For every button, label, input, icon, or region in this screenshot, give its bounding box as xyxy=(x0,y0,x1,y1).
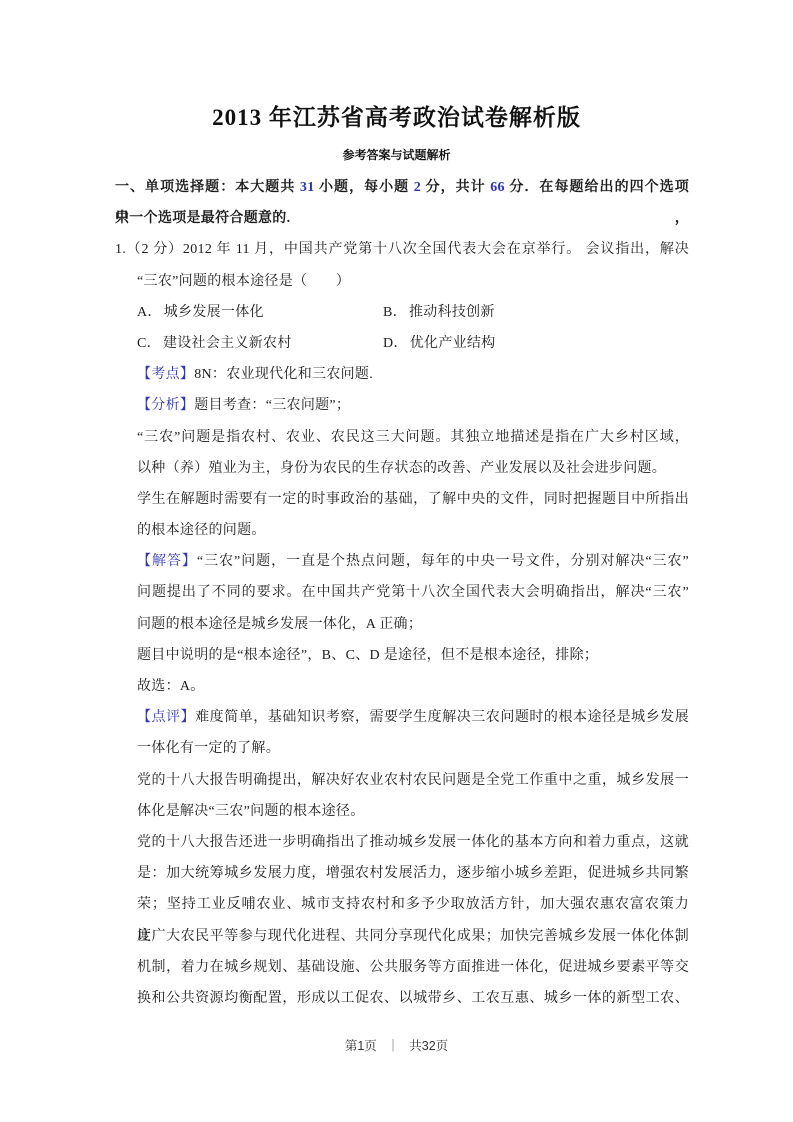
option-letter: C． xyxy=(137,336,161,351)
footer-page-number: 第1页 xyxy=(345,1039,377,1053)
text-segment: “三农”问题的根本途径是（ ） xyxy=(137,274,350,289)
text-segment: 小题，每小题 xyxy=(315,180,414,195)
document-body: 一、单项选择题：本大题共 31 小题，每小题 2 分，共计 66 分．在每题给出… xyxy=(0,172,793,1014)
answer-option-C: C．建设社会主义新农村 xyxy=(137,328,383,359)
text-segment: 故选：A。 xyxy=(137,679,205,694)
dianping-para2-line-2: 是：加大统筹城乡发展力度，增强农村发展活力，逐步缩小城乡差距，促进城乡共同繁 xyxy=(137,858,689,889)
question-1-stem-line-2: “三农”问题的根本途径是（ ） xyxy=(137,266,689,297)
text-segment: 机制，着力在城乡规划、基础设施、公共服务等方面推进一体化，促进城乡要素平等交 xyxy=(137,960,689,975)
dianping-para2-line-6: 换和公共资源均衡配置，形成以工促农、以城带乡、工农互惠、城乡一体的新型工农、 xyxy=(137,983,689,1014)
text-segment: 体化是解决“三农”问题的根本途径。 xyxy=(137,804,365,819)
fenxi-line: 【分析】题目考查：“三农问题”； xyxy=(137,390,689,421)
dianping-para1-line-2: 体化是解决“三农”问题的根本途径。 xyxy=(137,796,689,827)
option-letter: A． xyxy=(137,305,162,320)
text-segment: 分，共计 xyxy=(421,180,490,195)
text-segment: 以种（养）殖业为主，身份为农民的生存状态的改善、产业发展以及社会进步问题。 xyxy=(137,461,666,476)
option-letter: D． xyxy=(383,336,408,351)
highlighted-text: 【分析】 xyxy=(137,398,194,413)
highlighted-text: 66 xyxy=(490,180,505,195)
answer-option-A: A．城乡发展一体化 xyxy=(137,297,383,328)
text-segment: 只一个选项是最符合题意的. xyxy=(115,211,290,226)
page-title: 2013 年江苏省高考政治试卷解析版 xyxy=(0,100,793,136)
option-text: 推动科技创新 xyxy=(409,305,495,320)
answer-option-B: B．推动科技创新 xyxy=(383,297,689,328)
fenxi-para-line-1: “三农”问题是指农村、农业、农民这三大问题。其独立地描述是指在广大乡村区域， xyxy=(137,422,689,453)
text-segment: 1.（2 分）2012 年 11 月，中国共产党第十八次全国代表大会在京举行。 … xyxy=(115,242,689,257)
document-page: 2013 年江苏省高考政治试卷解析版 参考答案与试题解析 一、单项选择题：本大题… xyxy=(0,0,793,1122)
jieda-line-3: 问题的根本途径是城乡发展一体化，A 正确； xyxy=(137,609,689,640)
dianping-line-2: 一体化有一定的了解。 xyxy=(137,733,689,764)
highlighted-text: 【点评】 xyxy=(137,710,195,725)
highlighted-text: 31 xyxy=(300,180,315,195)
fenxi-para-line-3: 学生在解题时需要有一定的时事政治的基础，了解中央的文件，同时把握题目中所指出 xyxy=(137,484,689,515)
section-heading-line-1: 一、单项选择题：本大题共 31 小题，每小题 2 分，共计 66 分．在每题给出… xyxy=(115,172,689,203)
text-segment: 让广大农民平等参与现代化进程、共同分享现代化成果；加快完善城乡发展一体化体制 xyxy=(137,929,689,944)
text-segment: 党的十八大报告明确提出，解决好农业农村农民问题是全党工作重中之重，城乡发展一 xyxy=(137,773,689,788)
jieda-line-2: 问题提出了不同的要求。在中国共产党第十八次全国代表大会明确指出，解决“三农” xyxy=(137,577,689,608)
page-footer: 第1页｜共32页 xyxy=(0,1036,793,1054)
question-1-options-row-1: A．城乡发展一体化B．推动科技创新 xyxy=(137,297,689,328)
text-segment: 是：加大统筹城乡发展力度，增强农村发展活力，逐步缩小城乡差距，促进城乡共同繁 xyxy=(137,866,689,881)
text-segment: “三农”问题，一直是个热点问题，每年的中央一号文件，分别对解决“三农” xyxy=(197,554,689,569)
dianping-para2-line-1: 党的十八大报告还进一步明确指出了推动城乡发展一体化的基本方向和着力重点，这就 xyxy=(137,827,689,858)
fenxi-para-line-4: 的根本途径的问题。 xyxy=(137,515,689,546)
answer-option-D: D．优化产业结构 xyxy=(383,328,689,359)
text-segment: 题目考查：“三农问题”； xyxy=(194,398,350,413)
option-text: 优化产业结构 xyxy=(410,336,496,351)
text-segment: 学生在解题时需要有一定的时事政治的基础，了解中央的文件，同时把握题目中所指出 xyxy=(137,492,689,507)
text-segment: 问题的根本途径是城乡发展一体化，A 正确； xyxy=(137,617,422,632)
dianping-para2-line-3: 荣；坚持工业反哺农业、城市支持农村和多予少取放活方针，加大强农惠农富农策力度， xyxy=(137,889,689,920)
highlighted-text: 【解答】 xyxy=(137,554,197,569)
text-segment: 党的十八大报告还进一步明确指出了推动城乡发展一体化的基本方向和着力重点，这就 xyxy=(137,835,689,850)
option-text: 建设社会主义新农村 xyxy=(163,336,292,351)
dianping-para2-line-5: 机制，着力在城乡规划、基础设施、公共服务等方面推进一体化，促进城乡要素平等交 xyxy=(137,952,689,983)
jieda-line-1: 【解答】“三农”问题，一直是个热点问题，每年的中央一号文件，分别对解决“三农” xyxy=(137,546,689,577)
text-segment: 换和公共资源均衡配置，形成以工促农、以城带乡、工农互惠、城乡一体的新型工农、 xyxy=(137,991,689,1006)
footer-total-pages: 共32页 xyxy=(409,1039,448,1053)
text-segment: 的根本途径的问题。 xyxy=(137,523,266,538)
option-text: 城乡发展一体化 xyxy=(164,305,264,320)
text-segment: 问题提出了不同的要求。在中国共产党第十八次全国代表大会明确指出，解决“三农” xyxy=(137,585,689,600)
dianping-para2-line-4: 让广大农民平等参与现代化进程、共同分享现代化成果；加快完善城乡发展一体化体制 xyxy=(137,921,689,952)
jieda-line-4: 题目中说明的是“根本途径”，B、C、D 是途径，但不是根本途径，排除； xyxy=(137,640,689,671)
question-1-stem-line-1: 1.（2 分）2012 年 11 月，中国共产党第十八次全国代表大会在京举行。 … xyxy=(115,234,689,265)
dianping-para1-line-1: 党的十八大报告明确提出，解决好农业农村农民问题是全党工作重中之重，城乡发展一 xyxy=(137,765,689,796)
text-segment: 一体化有一定的了解。 xyxy=(137,741,280,756)
text-segment: 一、单项选择题：本大题共 xyxy=(115,180,300,195)
footer-separator: ｜ xyxy=(387,1039,400,1053)
option-letter: B． xyxy=(383,305,407,320)
highlighted-text: 【考点】 xyxy=(137,367,194,382)
page-subtitle: 参考答案与试题解析 xyxy=(0,148,793,163)
kaodian-line: 【考点】8N：农业现代化和三农问题. xyxy=(137,359,689,390)
highlighted-text: 2 xyxy=(414,180,421,195)
jieda-line-5: 故选：A。 xyxy=(137,671,689,702)
text-segment: 8N：农业现代化和三农问题. xyxy=(194,367,373,382)
dianping-line-1: 【点评】难度简单，基础知识考察，需要学生度解决三农问题时的根本途径是城乡发展 xyxy=(137,702,689,733)
text-segment: “三农”问题是指农村、农业、农民这三大问题。其独立地描述是指在广大乡村区域， xyxy=(137,430,689,445)
text-segment: 题目中说明的是“根本途径”，B、C、D 是途径，但不是根本途径，排除； xyxy=(137,648,598,663)
text-segment: 难度简单，基础知识考察，需要学生度解决三农问题时的根本途径是城乡发展 xyxy=(195,710,689,725)
fenxi-para-line-2: 以种（养）殖业为主，身份为农民的生存状态的改善、产业发展以及社会进步问题。 xyxy=(137,453,689,484)
question-1-options-row-2: C．建设社会主义新农村D．优化产业结构 xyxy=(137,328,689,359)
